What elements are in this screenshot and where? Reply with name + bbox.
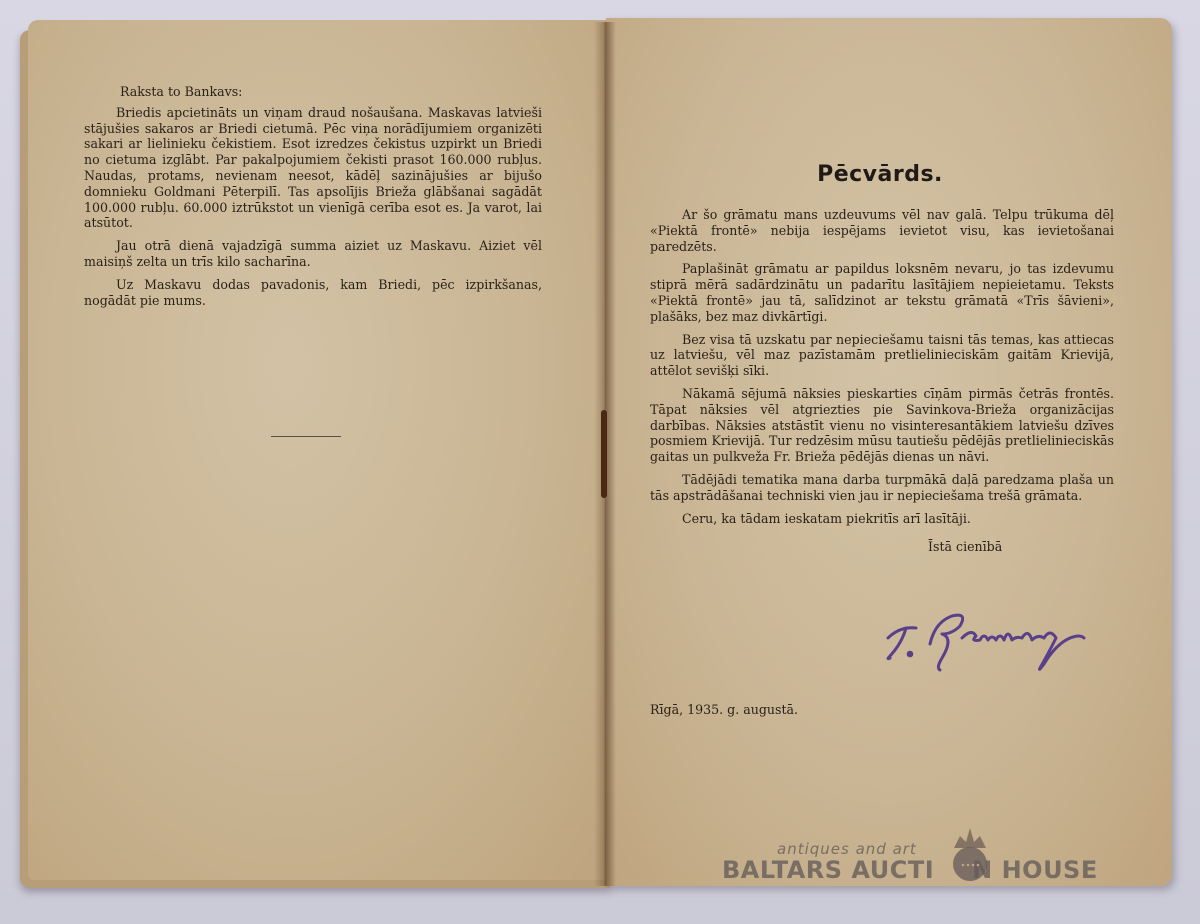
left-paragraph: Briedis apcietināts un viņam draud nošau… <box>84 105 542 231</box>
crown-logo-icon <box>950 828 990 884</box>
auction-house-watermark: antiques and art BALTARS AUCTIN HOUSE <box>722 838 1122 898</box>
right-page-text: Ar šo grāmatu mans uzdeuvums vēl nav gal… <box>650 207 1114 533</box>
watermark-name: BALTARS AUCTIN HOUSE <box>722 856 1098 884</box>
closing-salutation: Īstā cienībā <box>928 539 1002 554</box>
right-paragraph: Ar šo grāmatu mans uzdeuvums vēl nav gal… <box>650 207 1114 254</box>
right-paragraph: Tādējādi tematika mana darba turpmākā da… <box>650 472 1114 504</box>
left-page-text: Raksta to Bankavs: Briedis apcietināts u… <box>84 84 542 315</box>
right-paragraph: Ceru, ka tādam ieskatam piekritīs arī la… <box>650 511 1114 527</box>
section-divider <box>271 436 341 437</box>
place-date: Rīgā, 1935. g. augustā. <box>650 702 798 717</box>
right-paragraph: Nākamā sējumā nāksies pieskarties cīņām … <box>650 386 1114 465</box>
right-paragraph: Paplašināt grāmatu ar papildus loksnēm n… <box>650 261 1114 324</box>
binding-stitch <box>601 410 607 498</box>
left-paragraph: Uz Maskavu dodas pavadonis, kam Briedi, … <box>84 277 542 309</box>
right-paragraph: Bez visa tā uzskatu par nepieciešamu tai… <box>650 332 1114 379</box>
page-title: Pēcvārds. <box>640 162 1120 187</box>
left-heading: Raksta to Bankavs: <box>84 84 542 100</box>
signature-icon <box>880 598 1110 678</box>
left-paragraph: Jau otrā dienā vajadzīgā summa aiziet uz… <box>84 238 542 270</box>
